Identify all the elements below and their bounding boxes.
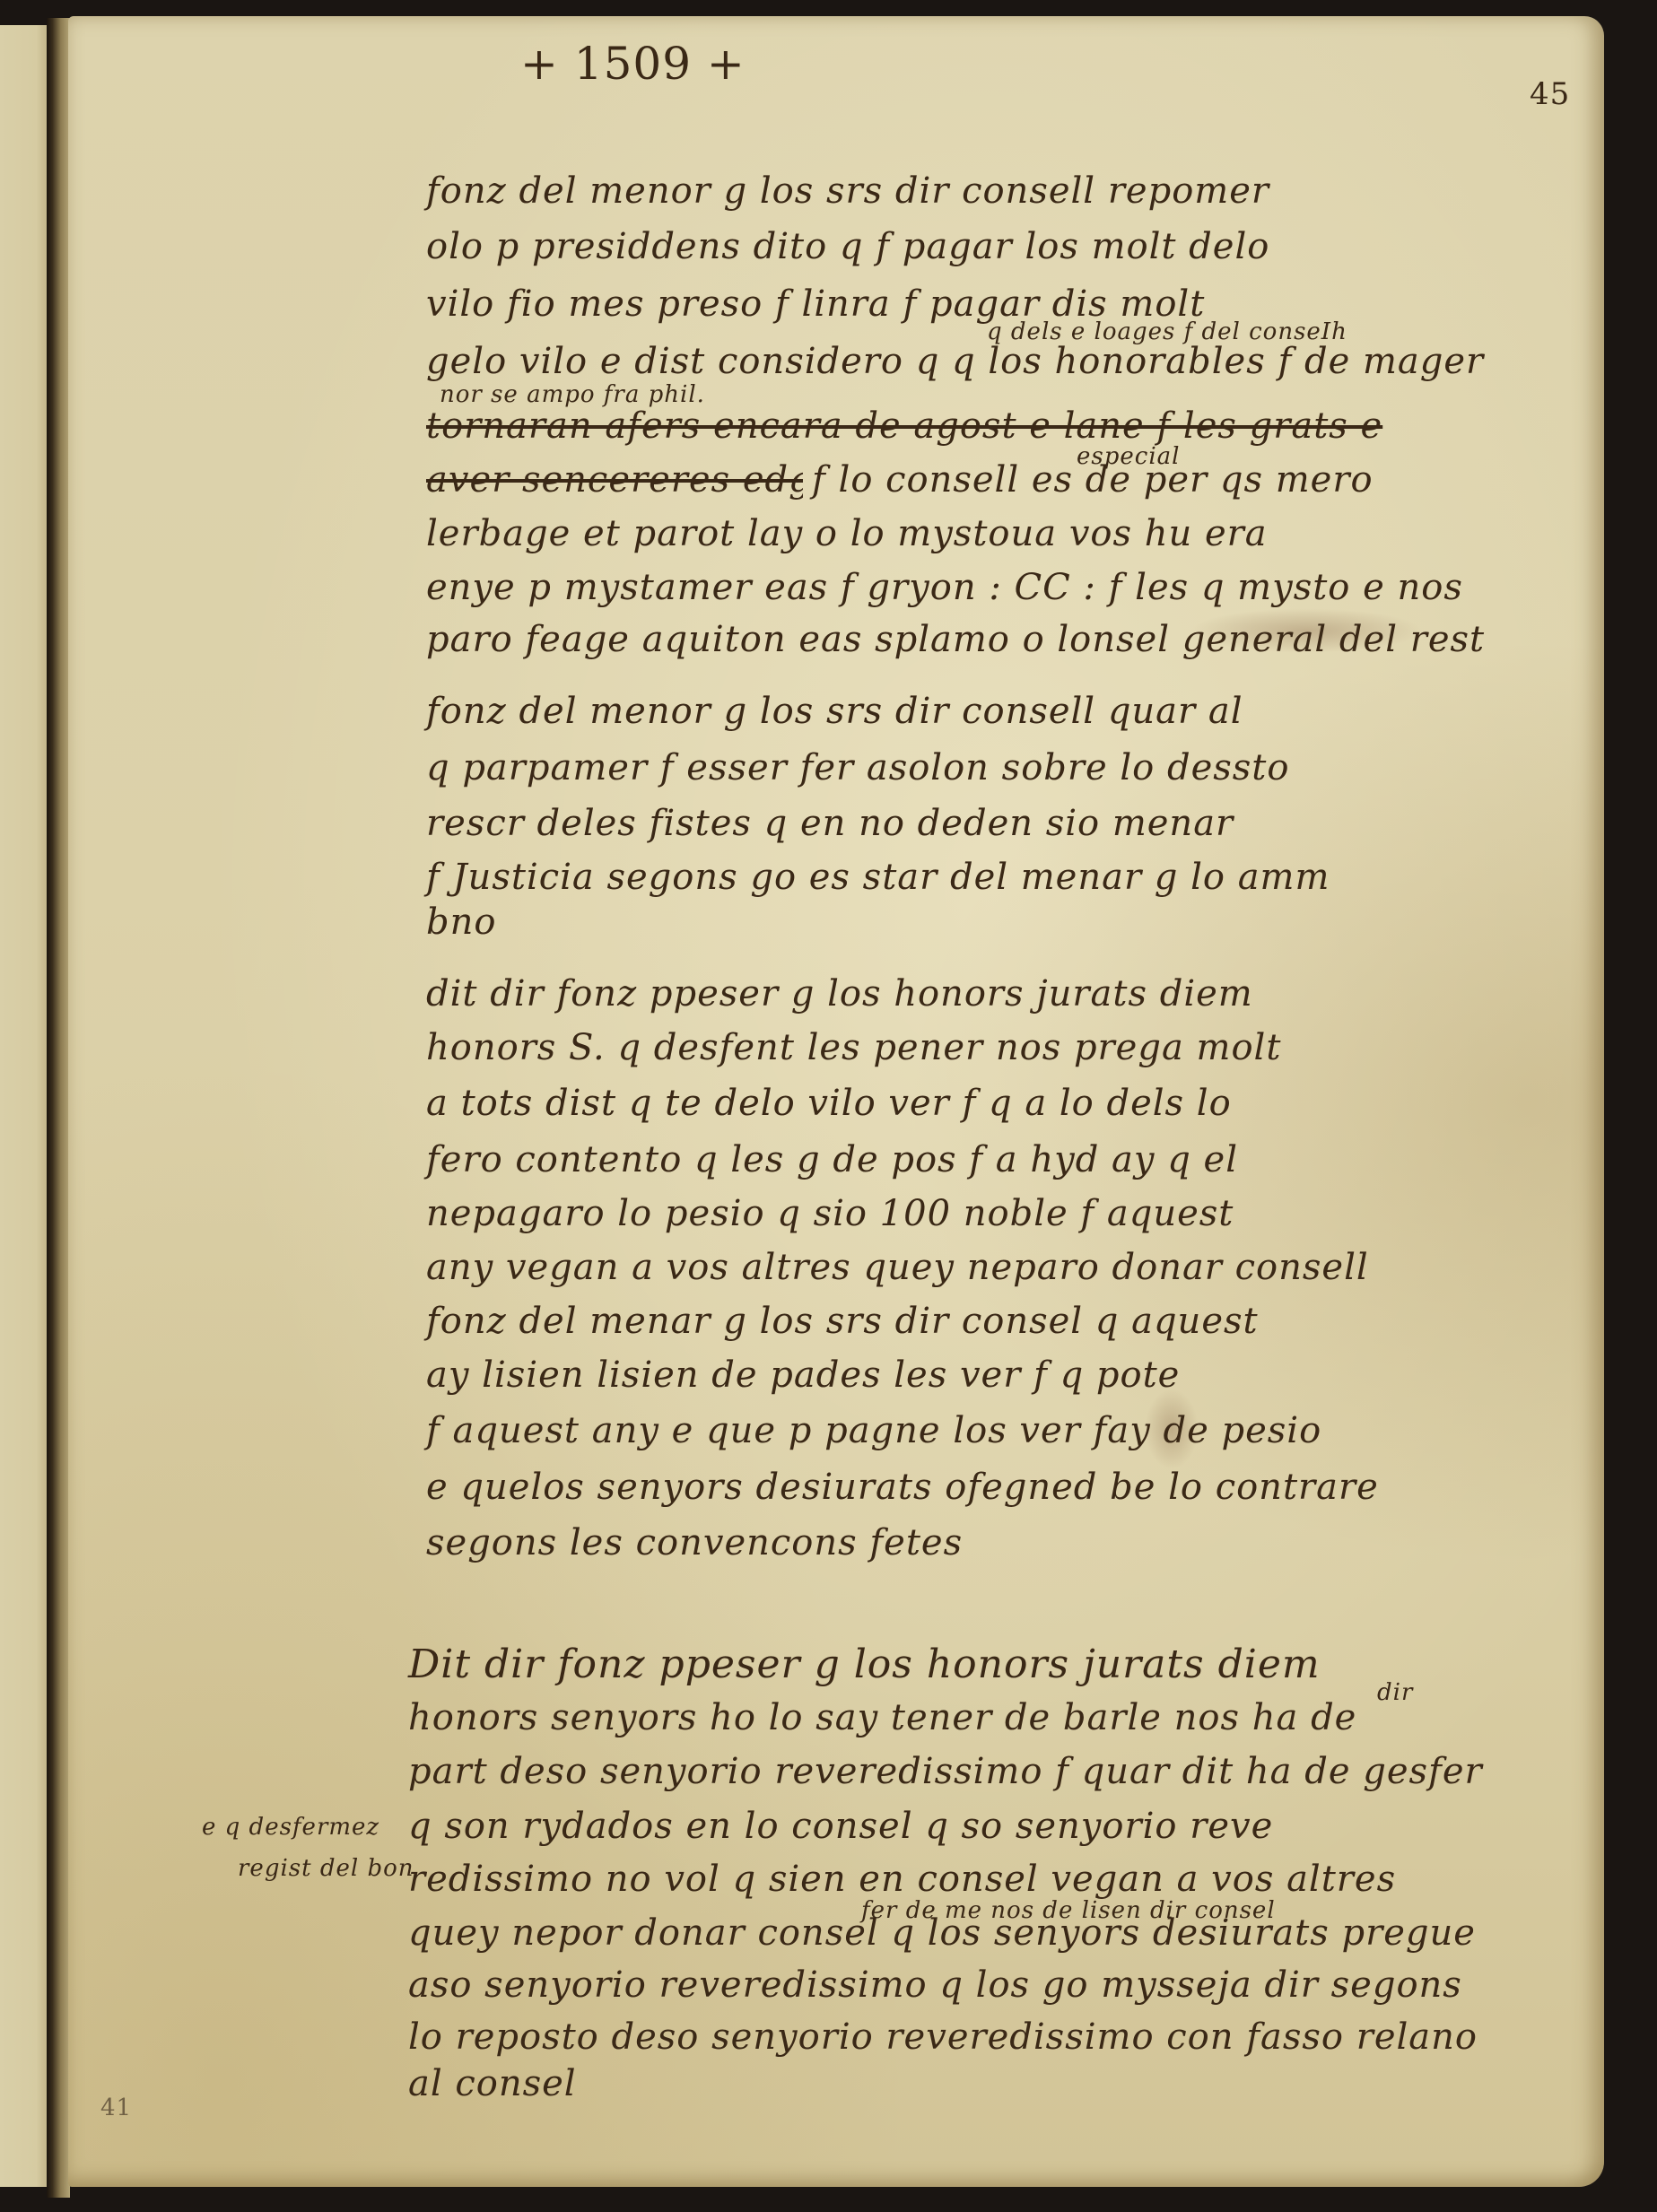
manuscript-line: gelo vilo e dist considero q q los honor… [426,341,1484,382]
header-date: + 1509 + [520,38,746,90]
manuscript-line: f aquest any e que p pagne los ver fay d… [426,1410,1321,1451]
manuscript-line: fonz del menar g los srs dir consel q aq… [426,1301,1259,1342]
manuscript-line: nepagaro lo pesio q sio 100 noble f aque… [426,1193,1234,1234]
manuscript-line: ay lisien lisien de pades les ver f q po… [426,1354,1180,1396]
binding-gutter [47,18,70,2198]
manuscript-line: honors senyors ho lo say tener de barle … [408,1697,1356,1738]
manuscript-line: a tots dist q te delo vilo ver f q a lo … [426,1083,1232,1124]
manuscript-line: lo reposto deso senyorio reveredissimo c… [408,2016,1478,2058]
manuscript-line: redissimo no vol q sien en consel vegan … [408,1859,1396,1900]
manuscript-line: rescr deles fistes q en no deden sio men… [426,803,1234,844]
manuscript-line: any vegan a vos altres quey neparo donar… [426,1247,1369,1288]
manuscript-line: fonz del menor g los srs dir consell qua… [426,691,1243,732]
interlinear-insertion: especial [1077,443,1180,470]
manuscript-line: bno [426,901,496,943]
struck-line: aver sencereres edg [426,459,803,501]
manuscript-line: fero contento q les g de pos f a hyd ay … [426,1139,1238,1180]
old-folio-mark: 41 [100,2094,132,2121]
margin-note: e q desfermez [202,1814,379,1841]
manuscript-line: olo p presiddens dito q f pagar los molt… [426,226,1269,267]
manuscript-line: paro feage aquiton eas splamo o lonsel g… [426,619,1485,660]
manuscript-line: quey nepor donar consel q los senyors de… [408,1912,1476,1954]
interlinear-insertion: dir [1377,1679,1413,1706]
manuscript-line: Dit dir fonz ppeser g los honors jurats … [408,1642,1321,1687]
manuscript-line: segons les convencons fetes [426,1522,963,1563]
manuscript-line: enye p mystamer eas f gryon : CC : f les… [426,567,1463,608]
manuscript-line: aso senyorio reveredissimo q los go myss… [408,1964,1462,2006]
manuscript-line: q parpamer f esser fer asolon sobre lo d… [426,747,1289,788]
manuscript-line: f Justicia segons go es star del menar g… [426,857,1330,898]
manuscript-line: dit dir fonz ppeser g los honors jurats … [426,973,1253,1015]
manuscript-line: al consel [408,2063,577,2104]
margin-note: regist del bon [238,1855,414,1882]
manuscript-line: e quelos senyors desiurats ofegned be lo… [426,1467,1379,1508]
manuscript-line: nor se ampo fra phil. [440,381,705,408]
folio-number: 45 [1530,76,1570,112]
manuscript-line: honors S. q desfent les pener nos prega … [426,1027,1281,1068]
manuscript-line: lerbage et parot lay o lo mystoua vos hu… [426,513,1268,554]
manuscript-line: part deso senyorio reveredissimo f quar … [408,1751,1483,1792]
manuscript-line: q son rydados en lo consel q so senyorio… [408,1806,1273,1847]
struck-line: tornaran afers encara de agost e lane f … [426,405,1382,447]
facing-page-edge [0,25,52,2187]
manuscript-line: fonz del menor g los srs dir consell rep… [426,170,1269,212]
